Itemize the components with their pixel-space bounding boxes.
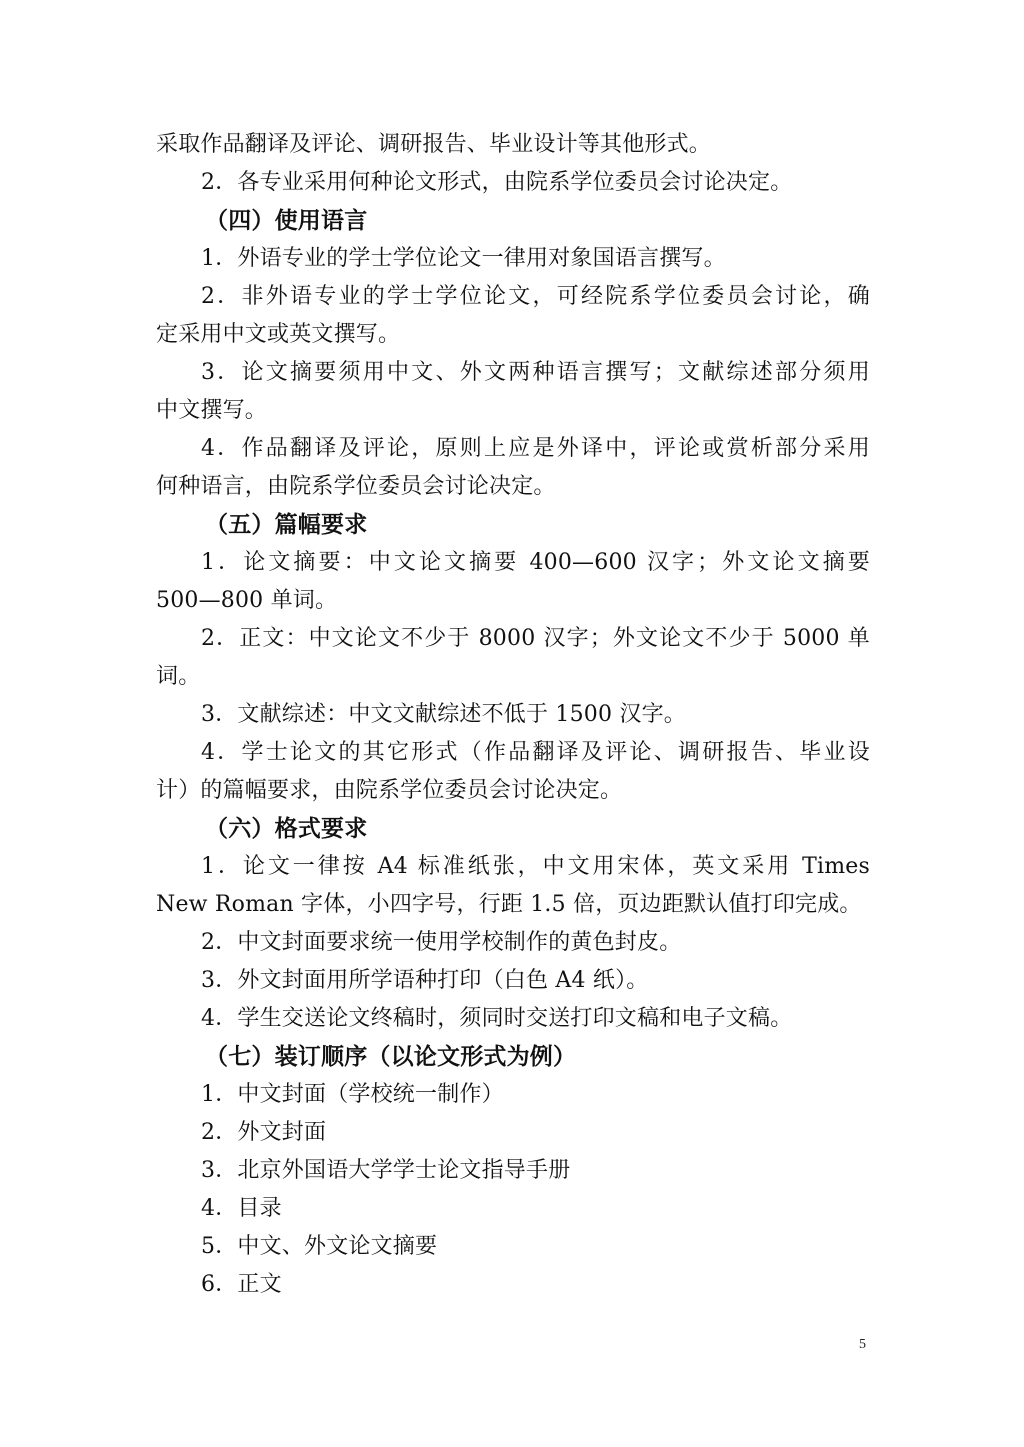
list-item: 1．外语专业的学士学位论文一律用对象国语言撰写。 [201, 244, 915, 274]
paragraph-line: 定采用中文或英文撰写。 [156, 320, 870, 350]
list-item: 3．北京外国语大学学士论文指导手册 [201, 1156, 915, 1186]
paragraph-line: 中文撰写。 [156, 396, 870, 426]
list-item: 1．论文摘要：中文论文摘要 400—600 汉字；外文论文摘要 [201, 548, 870, 578]
list-item: 3．文献综述：中文文献综述不低于 1500 汉字。 [201, 700, 915, 730]
list-item: 2．非外语专业的学士学位论文，可经院系学位委员会讨论，确 [201, 282, 870, 312]
paragraph-line: 何种语言，由院系学位委员会讨论决定。 [156, 472, 870, 502]
list-item: 5．中文、外文论文摘要 [201, 1232, 915, 1262]
list-item: 4．作品翻译及评论，原则上应是外译中，评论或赏析部分采用 [201, 434, 870, 464]
section-heading-language: （四）使用语言 [205, 206, 919, 236]
page-number: 5 [859, 1336, 866, 1354]
list-item: 1．中文封面（学校统一制作） [201, 1080, 915, 1110]
paragraph-line: New Roman 字体，小四字号，行距 1.5 倍，页边距默认值打印完成。 [156, 890, 870, 920]
list-item: 4．学生交送论文终稿时，须同时交送打印文稿和电子文稿。 [201, 1004, 915, 1034]
list-item: 6．正文 [201, 1270, 915, 1300]
list-item: 1．论文一律按 A4 标准纸张，中文用宋体，英文采用 Times [201, 852, 870, 882]
list-item: 3．论文摘要须用中文、外文两种语言撰写；文献综述部分须用 [201, 358, 870, 388]
paragraph-line: 计）的篇幅要求，由院系学位委员会讨论决定。 [156, 776, 870, 806]
section-heading-format: （六）格式要求 [205, 814, 919, 844]
paragraph-line: 采取作品翻译及评论、调研报告、毕业设计等其他形式。 [156, 130, 870, 160]
list-item: 2．外文封面 [201, 1118, 915, 1148]
paragraph-line: 词。 [156, 662, 870, 692]
list-item: 2．中文封面要求统一使用学校制作的黄色封皮。 [201, 928, 915, 958]
paragraph-line: 500—800 单词。 [156, 586, 870, 616]
section-heading-length: （五）篇幅要求 [205, 510, 919, 540]
section-heading-binding-order: （七）装订顺序（以论文形式为例） [205, 1042, 919, 1072]
list-item: 2．各专业采用何种论文形式，由院系学位委员会讨论决定。 [201, 168, 915, 198]
list-item: 3．外文封面用所学语种打印（白色 A4 纸）。 [201, 966, 915, 996]
list-item: 4．目录 [201, 1194, 915, 1224]
document-page: 采取作品翻译及评论、调研报告、毕业设计等其他形式。 2．各专业采用何种论文形式，… [0, 0, 1024, 1447]
list-item: 4．学士论文的其它形式（作品翻译及评论、调研报告、毕业设 [201, 738, 870, 768]
list-item: 2．正文：中文论文不少于 8000 汉字；外文论文不少于 5000 单 [201, 624, 870, 654]
